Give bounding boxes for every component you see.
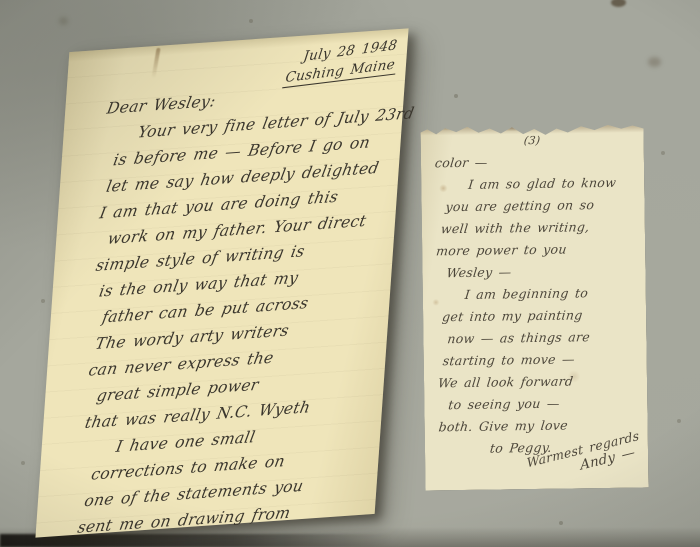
handwriting-line: Wesley — <box>435 260 636 285</box>
letter-page-one: July 28 1948 Cushing Maine Dear Wesley:Y… <box>35 28 408 537</box>
stain-spot <box>648 57 661 67</box>
handwriting-line: to seeing you — <box>437 392 638 417</box>
handwriting-line: well with the writing, <box>435 216 636 241</box>
handwriting-line: color — <box>434 150 635 175</box>
handwriting-line: get into my painting <box>436 304 637 329</box>
stain-spot <box>611 0 626 7</box>
handwriting-line: We all look forward <box>437 370 638 395</box>
letter-body-page-three: color —I am so glad to knowyou are getti… <box>420 123 648 460</box>
handwriting-line: I am so glad to know <box>462 172 635 196</box>
background-speckles <box>0 0 2 2</box>
handwriting-line: I am beginning to <box>464 282 637 306</box>
handwriting-line: you are getting on so <box>434 194 635 219</box>
handwriting-line: now — as things are <box>436 326 637 351</box>
letter-body-page-one: Dear Wesley:Your very fine letter of Jul… <box>35 28 409 543</box>
letter-page-three: (3) color —I am so glad to knowyou are g… <box>420 123 648 490</box>
photo-of-letters: July 28 1948 Cushing Maine Dear Wesley:Y… <box>0 0 700 547</box>
handwriting-line: starting to move — <box>437 348 638 373</box>
handwriting-line: more power to you <box>435 238 636 263</box>
stain-spot <box>59 17 68 25</box>
